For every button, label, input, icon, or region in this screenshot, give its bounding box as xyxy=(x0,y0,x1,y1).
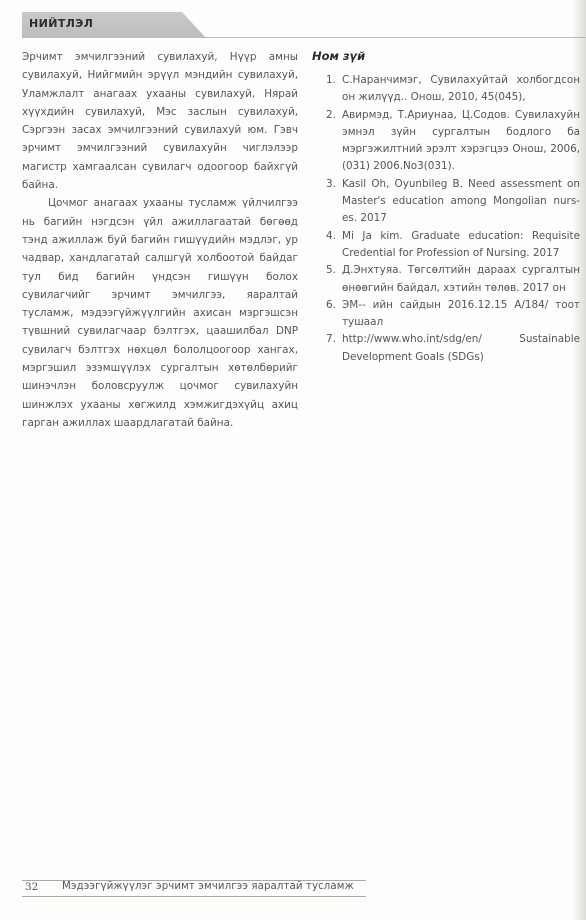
reference-text: http://www.who.int/sdg/en/ Sustainable D… xyxy=(342,333,580,362)
reference-text: Авирмэд, Т.Ариунаа, Ц.Содов. Сувилахуйн … xyxy=(342,109,580,173)
section-title: НИЙТЛЭЛ xyxy=(29,17,93,30)
references-heading: Ном зүй xyxy=(312,48,580,64)
page-number: 32 xyxy=(25,881,38,893)
reference-text: Mi Ja kim. Graduate education: Requisite… xyxy=(342,230,580,259)
reference-number: 6. xyxy=(326,297,336,314)
reference-number: 5. xyxy=(326,262,336,279)
reference-number: 2. xyxy=(326,107,336,124)
reference-number: 4. xyxy=(326,228,336,245)
reference-item: 2. Авирмэд, Т.Ариунаа, Ц.Содов. Сувилаху… xyxy=(312,107,580,176)
reference-item: 6. ЭМ-- ийн сайдын 2016.12.15 А/184/ тоо… xyxy=(312,297,580,332)
reference-text: Д.Энхтуяа. Төгсөлтийн дараах сургалтын ө… xyxy=(342,264,580,293)
reference-item: 7. http://www.who.int/sdg/en/ Sustainabl… xyxy=(312,331,580,366)
header-rule xyxy=(200,37,586,38)
journal-title: Мэдээгүйжүүлэг эрчимт эмчилгээ яаралтай … xyxy=(62,881,354,892)
reference-text: ЭМ-- ийн сайдын 2016.12.15 А/184/ тоот т… xyxy=(342,299,580,328)
reference-item: 5. Д.Энхтуяа. Төгсөлтийн дараах сургалты… xyxy=(312,262,580,297)
reference-number: 3. xyxy=(326,176,336,193)
references-column: Ном зүй 1. С.Наранчимэг, Сувилахуйтай хо… xyxy=(312,48,580,366)
reference-item: 3. Kasil Oh, Oyunbileg B. Need assessmen… xyxy=(312,176,580,228)
body-column: Эрчимт эмчилгээний сувилахуй, Нүүр амны … xyxy=(22,48,298,432)
reference-text: Kasil Oh, Oyunbileg B. Need assessment o… xyxy=(342,178,580,225)
reference-item: 4. Mi Ja kim. Graduate education: Requis… xyxy=(312,228,580,263)
reference-text: С.Наранчимэг, Сувилахуйтай холбогдсон он… xyxy=(342,74,580,103)
reference-number: 1. xyxy=(326,72,336,89)
footer-rule-bottom xyxy=(22,896,366,897)
reference-number: 7. xyxy=(326,331,336,348)
reference-list: 1. С.Наранчимэг, Сувилахуйтай холбогдсон… xyxy=(312,72,580,366)
reference-item: 1. С.Наранчимэг, Сувилахуйтай холбогдсон… xyxy=(312,72,580,107)
body-paragraph: Эрчимт эмчилгээний сувилахуй, Нүүр амны … xyxy=(22,48,298,194)
body-paragraph: Цочмог анагаах ухааны тусламж үйлчилгээ … xyxy=(22,194,298,432)
